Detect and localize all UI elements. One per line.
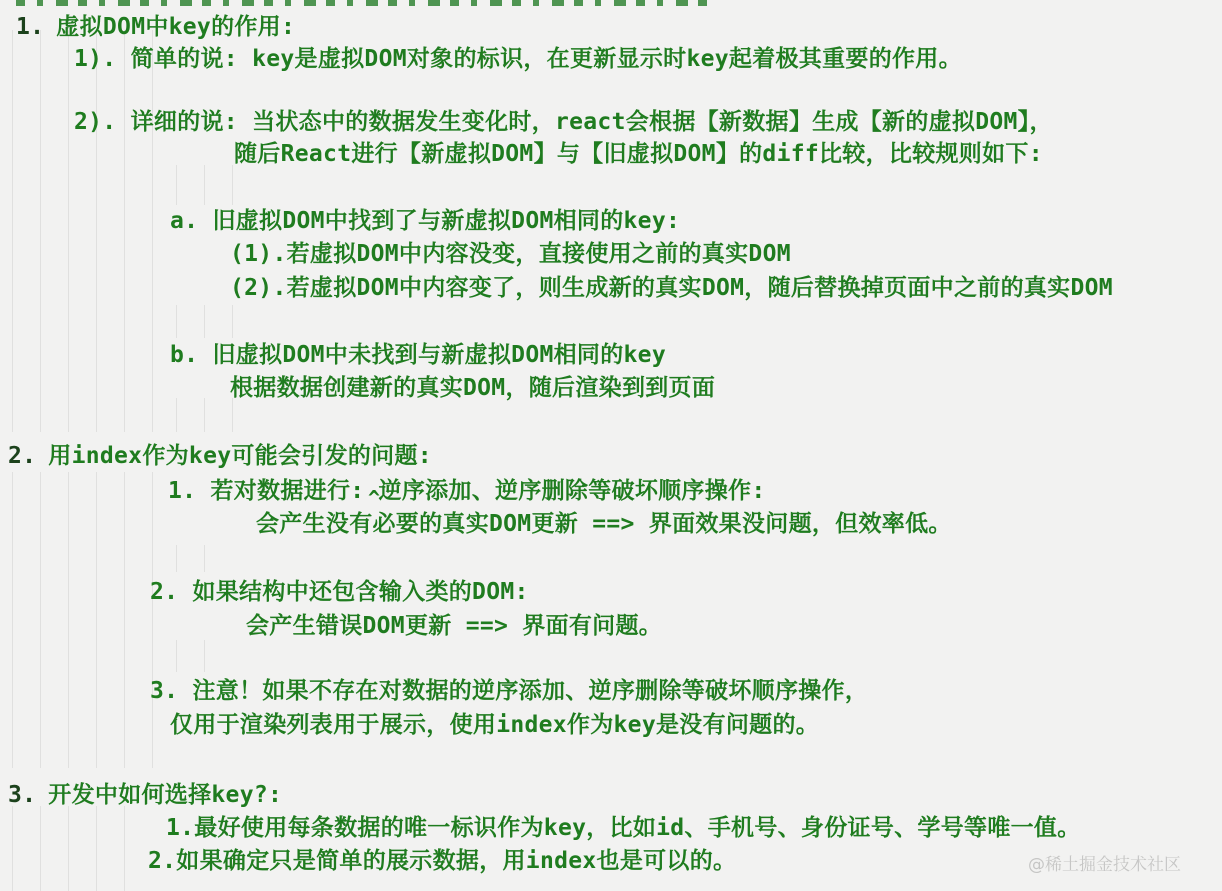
indent-guides-section1-deep	[176, 305, 252, 338]
notes-document: 1.虚拟DOM中key的作用: 1). 简单的说: key是虚拟DOM对象的标识…	[0, 0, 1222, 891]
indent-guides-section2	[12, 472, 160, 768]
text-line: 1.最好使用每条数据的唯一标识作为key，比如id、手机号、身份证号、学号等唯一…	[166, 813, 1081, 843]
heading-1-number: 1.	[16, 14, 44, 40]
text-line: 3. 注意！如果不存在对数据的逆序添加、逆序删除等破坏顺序操作，	[150, 676, 868, 706]
text-line: b. 旧虚拟DOM中未找到与新虚拟DOM相同的key	[170, 340, 666, 370]
indent-guides-section2-deep	[176, 640, 224, 672]
text-line: (2).若虚拟DOM中内容变了，则生成新的真实DOM，随后替换掉页面中之前的真实…	[230, 273, 1113, 303]
heading-2-number: 2.	[8, 443, 36, 469]
text-line: 根据数据创建新的真实DOM，随后渲染到到页面	[230, 373, 715, 403]
indent-guides-section2-deep	[176, 545, 224, 572]
indent-guides-section3	[12, 806, 142, 891]
heading-2: 2.用index作为key可能会引发的问题:	[8, 441, 432, 471]
text-line: (1).若虚拟DOM中内容没变，直接使用之前的真实DOM	[230, 239, 791, 269]
indent-guides-section1-deep	[176, 398, 252, 432]
clipped-text-remnant	[16, 0, 708, 6]
heading-2-label: 用index作为key可能会引发的问题:	[48, 443, 432, 469]
text-line: 会产生没有必要的真实DOM更新 ==> 界面效果没问题，但效率低。	[256, 509, 952, 539]
text-line: 仅用于渲染列表用于展示，使用index作为key是没有问题的。	[170, 710, 819, 740]
text-line: 2). 详细的说: 当状态中的数据发生变化时，react会根据【新数据】生成【新…	[74, 107, 1053, 137]
heading-3: 3.开发中如何选择key?:	[8, 780, 282, 810]
text-line: 1. 若对数据进行: 逆序添加、逆序删除等破坏顺序操作:	[168, 476, 765, 506]
text-line: a. 旧虚拟DOM中找到了与新虚拟DOM相同的key:	[170, 206, 680, 236]
text-line: 会产生错误DOM更新 ==> 界面有问题。	[246, 611, 662, 641]
text-line: 随后React进行【新虚拟DOM】与【旧虚拟DOM】的diff比较，比较规则如下…	[234, 139, 1043, 169]
text-line: 2. 如果结构中还包含输入类的DOM:	[150, 577, 529, 607]
text-line: 2.如果确定只是简单的展示数据，用index也是可以的。	[148, 846, 736, 876]
heading-1: 1.虚拟DOM中key的作用:	[16, 12, 295, 42]
indent-guides-section1	[12, 30, 160, 432]
heading-3-label: 开发中如何选择key?:	[48, 782, 282, 808]
watermark: @稀土掘金技术社区	[1028, 850, 1181, 875]
heading-3-number: 3.	[8, 782, 36, 808]
heading-1-label: 虚拟DOM中key的作用:	[56, 14, 295, 40]
caret-annotation: ^	[368, 486, 380, 510]
indent-guides-section1-deep	[176, 165, 252, 205]
text-line: 1). 简单的说: key是虚拟DOM对象的标识，在更新显示时key起着极其重要…	[74, 44, 962, 74]
